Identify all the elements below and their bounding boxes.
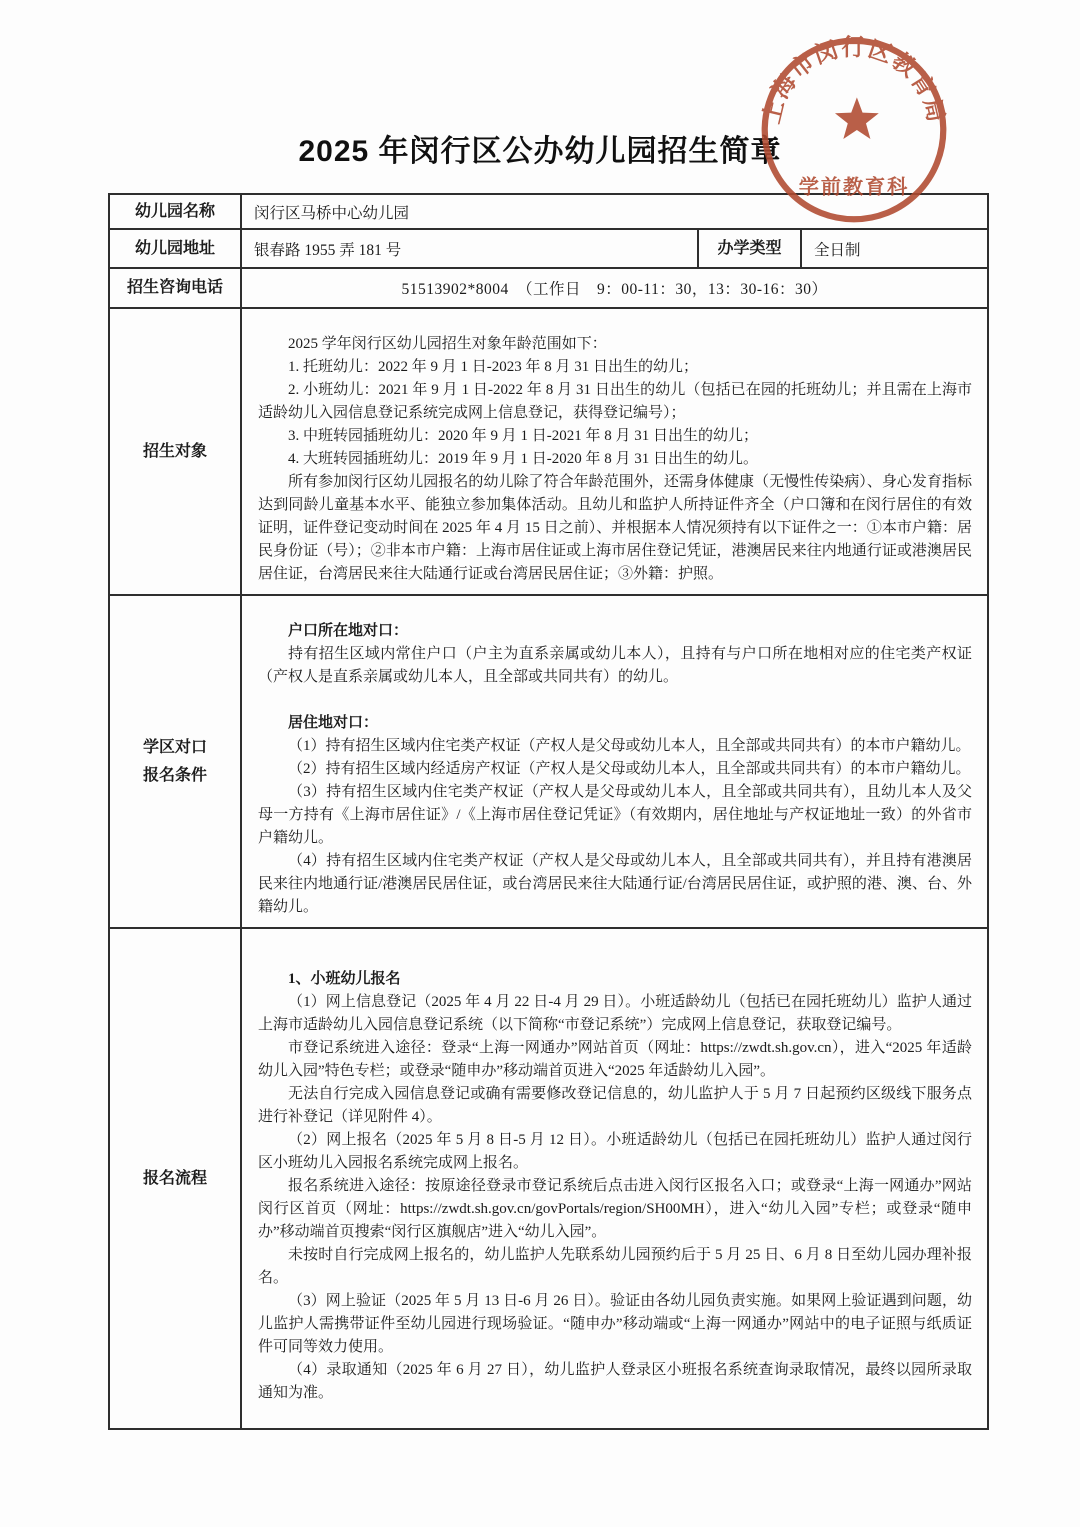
paragraph: （3）网上验证（2025 年 5 月 13 日-6 月 26 日）。验证由各幼儿…: [258, 1290, 972, 1359]
paragraph: 报名系统进入途径：按原途径登录市登记系统后点击进入闵行区报名入口；或登录“上海一…: [258, 1175, 972, 1244]
paragraph: 所有参加闵行区幼儿园报名的幼儿除了符合年龄范围外，还需身体健康（无慢性传染病）、…: [258, 471, 972, 586]
paragraph: （2）持有招生区域内经适房产权证（产权人是父母或幼儿本人，且全部或共同共有）的本…: [258, 758, 972, 781]
seal-arc-text: 上海市闵行区教育局: [758, 34, 950, 126]
enroll-target-content: 2025 学年闵行区幼儿园招生对象年龄范围如下： 1. 托班幼儿：2022 年 …: [241, 308, 988, 595]
paragraph: （1）网上信息登记（2025 年 4 月 22 日-4 月 29 日）。小班适龄…: [258, 991, 972, 1037]
paragraph: （3）持有招生区域内住宅类产权证（产权人是父母或幼儿本人，且全部或共同共有），且…: [258, 781, 972, 850]
school-type-value: 全日制: [801, 229, 988, 268]
phone-label: 招生咨询电话: [109, 268, 241, 308]
table-row-address-type: 幼儿园地址 银春路 1955 弄 181 号 办学类型 全日制: [109, 229, 988, 268]
paragraph: 未按时自行完成网上报名的，幼儿监护人先联系幼儿园预约后于 5 月 25 日、6 …: [258, 1244, 972, 1290]
district-criteria-content: 户口所在地对口： 持有招生区域内常住户口（户主为直系亲属或幼儿本人），且持有与户…: [241, 595, 988, 928]
process-content: 1、小班幼儿报名 （1）网上信息登记（2025 年 4 月 22 日-4 月 2…: [241, 928, 988, 1429]
document-page: 2025 年闵行区公办幼儿园招生简章 上海市闵行区教育局 学前教育科 幼儿园名称…: [0, 0, 1080, 1527]
enroll-target-label: 招生对象: [109, 308, 241, 595]
school-type-label: 办学类型: [698, 229, 801, 268]
kindergarten-address-value: 银春路 1955 弄 181 号: [241, 229, 698, 268]
paragraph: （4）录取通知（2025 年 6 月 27 日），幼儿监护人登录区小班报名系统查…: [258, 1359, 972, 1405]
district-criteria-label-line1: 学区对口: [143, 739, 207, 756]
paragraph: （1）持有招生区域内住宅类产权证（产权人是父母或幼儿本人，且全部或共同共有）的本…: [258, 735, 972, 758]
kindergarten-name-value: 闵行区马桥中心幼儿园: [241, 194, 988, 229]
paragraph: （4）持有招生区域内住宅类产权证（产权人是父母或幼儿本人，且全部或共同共有），并…: [258, 850, 972, 919]
table-row-enroll-target: 招生对象 2025 学年闵行区幼儿园招生对象年龄范围如下： 1. 托班幼儿：20…: [109, 308, 988, 595]
kindergarten-name-label: 幼儿园名称: [109, 194, 241, 229]
subsection-heading: 户口所在地对口：: [258, 620, 972, 643]
table-row-kindergarten-name: 幼儿园名称 闵行区马桥中心幼儿园: [109, 194, 988, 229]
table-row-application-process: 报名流程 1、小班幼儿报名 （1）网上信息登记（2025 年 4 月 22 日-…: [109, 928, 988, 1429]
subsection-heading: 1、小班幼儿报名: [258, 968, 972, 991]
paragraph: （2）网上报名（2025 年 5 月 8 日-5 月 12 日）。小班适龄幼儿（…: [258, 1129, 972, 1175]
paragraph: 市登记系统进入途径：登录“上海一网通办”网站首页（网址：https://zwdt…: [258, 1037, 972, 1083]
enrollment-table: 幼儿园名称 闵行区马桥中心幼儿园 幼儿园地址 银春路 1955 弄 181 号 …: [108, 193, 989, 1430]
paragraph: 2025 学年闵行区幼儿园招生对象年龄范围如下：: [258, 333, 972, 356]
table-row-phone: 招生咨询电话 51513902*8004 （工作日 9：00-11：30，13：…: [109, 268, 988, 308]
process-label: 报名流程: [109, 928, 241, 1429]
paragraph: 持有招生区域内常住户口（户主为直系亲属或幼儿本人），且持有与户口所在地相对应的住…: [258, 643, 972, 689]
phone-value: 51513902*8004 （工作日 9：00-11：30，13：30-16：3…: [241, 268, 988, 308]
table-row-district-criteria: 学区对口 报名条件 户口所在地对口： 持有招生区域内常住户口（户主为直系亲属或幼…: [109, 595, 988, 928]
subsection-heading: 居住地对口：: [258, 712, 972, 735]
district-criteria-label: 学区对口 报名条件: [109, 595, 241, 928]
seal-arc-textpath: 上海市闵行区教育局: [758, 34, 950, 126]
paragraph: 无法自行完成入园信息登记或确有需要修改登记信息的，幼儿监护人于 5 月 7 日起…: [258, 1083, 972, 1129]
page-title: 2025 年闵行区公办幼儿园招生简章: [0, 126, 1080, 170]
paragraph: 4. 大班转园插班幼儿：2019 年 9 月 1 日-2020 年 8 月 31…: [258, 448, 972, 471]
district-criteria-label-line2: 报名条件: [143, 767, 207, 784]
kindergarten-address-label: 幼儿园地址: [109, 229, 241, 268]
paragraph: 2. 小班幼儿：2021 年 9 月 1 日-2022 年 8 月 31 日出生…: [258, 379, 972, 425]
paragraph: 1. 托班幼儿：2022 年 9 月 1 日-2023 年 8 月 31 日出生…: [258, 356, 972, 379]
paragraph: 3. 中班转园插班幼儿：2020 年 9 月 1 日-2021 年 8 月 31…: [258, 425, 972, 448]
